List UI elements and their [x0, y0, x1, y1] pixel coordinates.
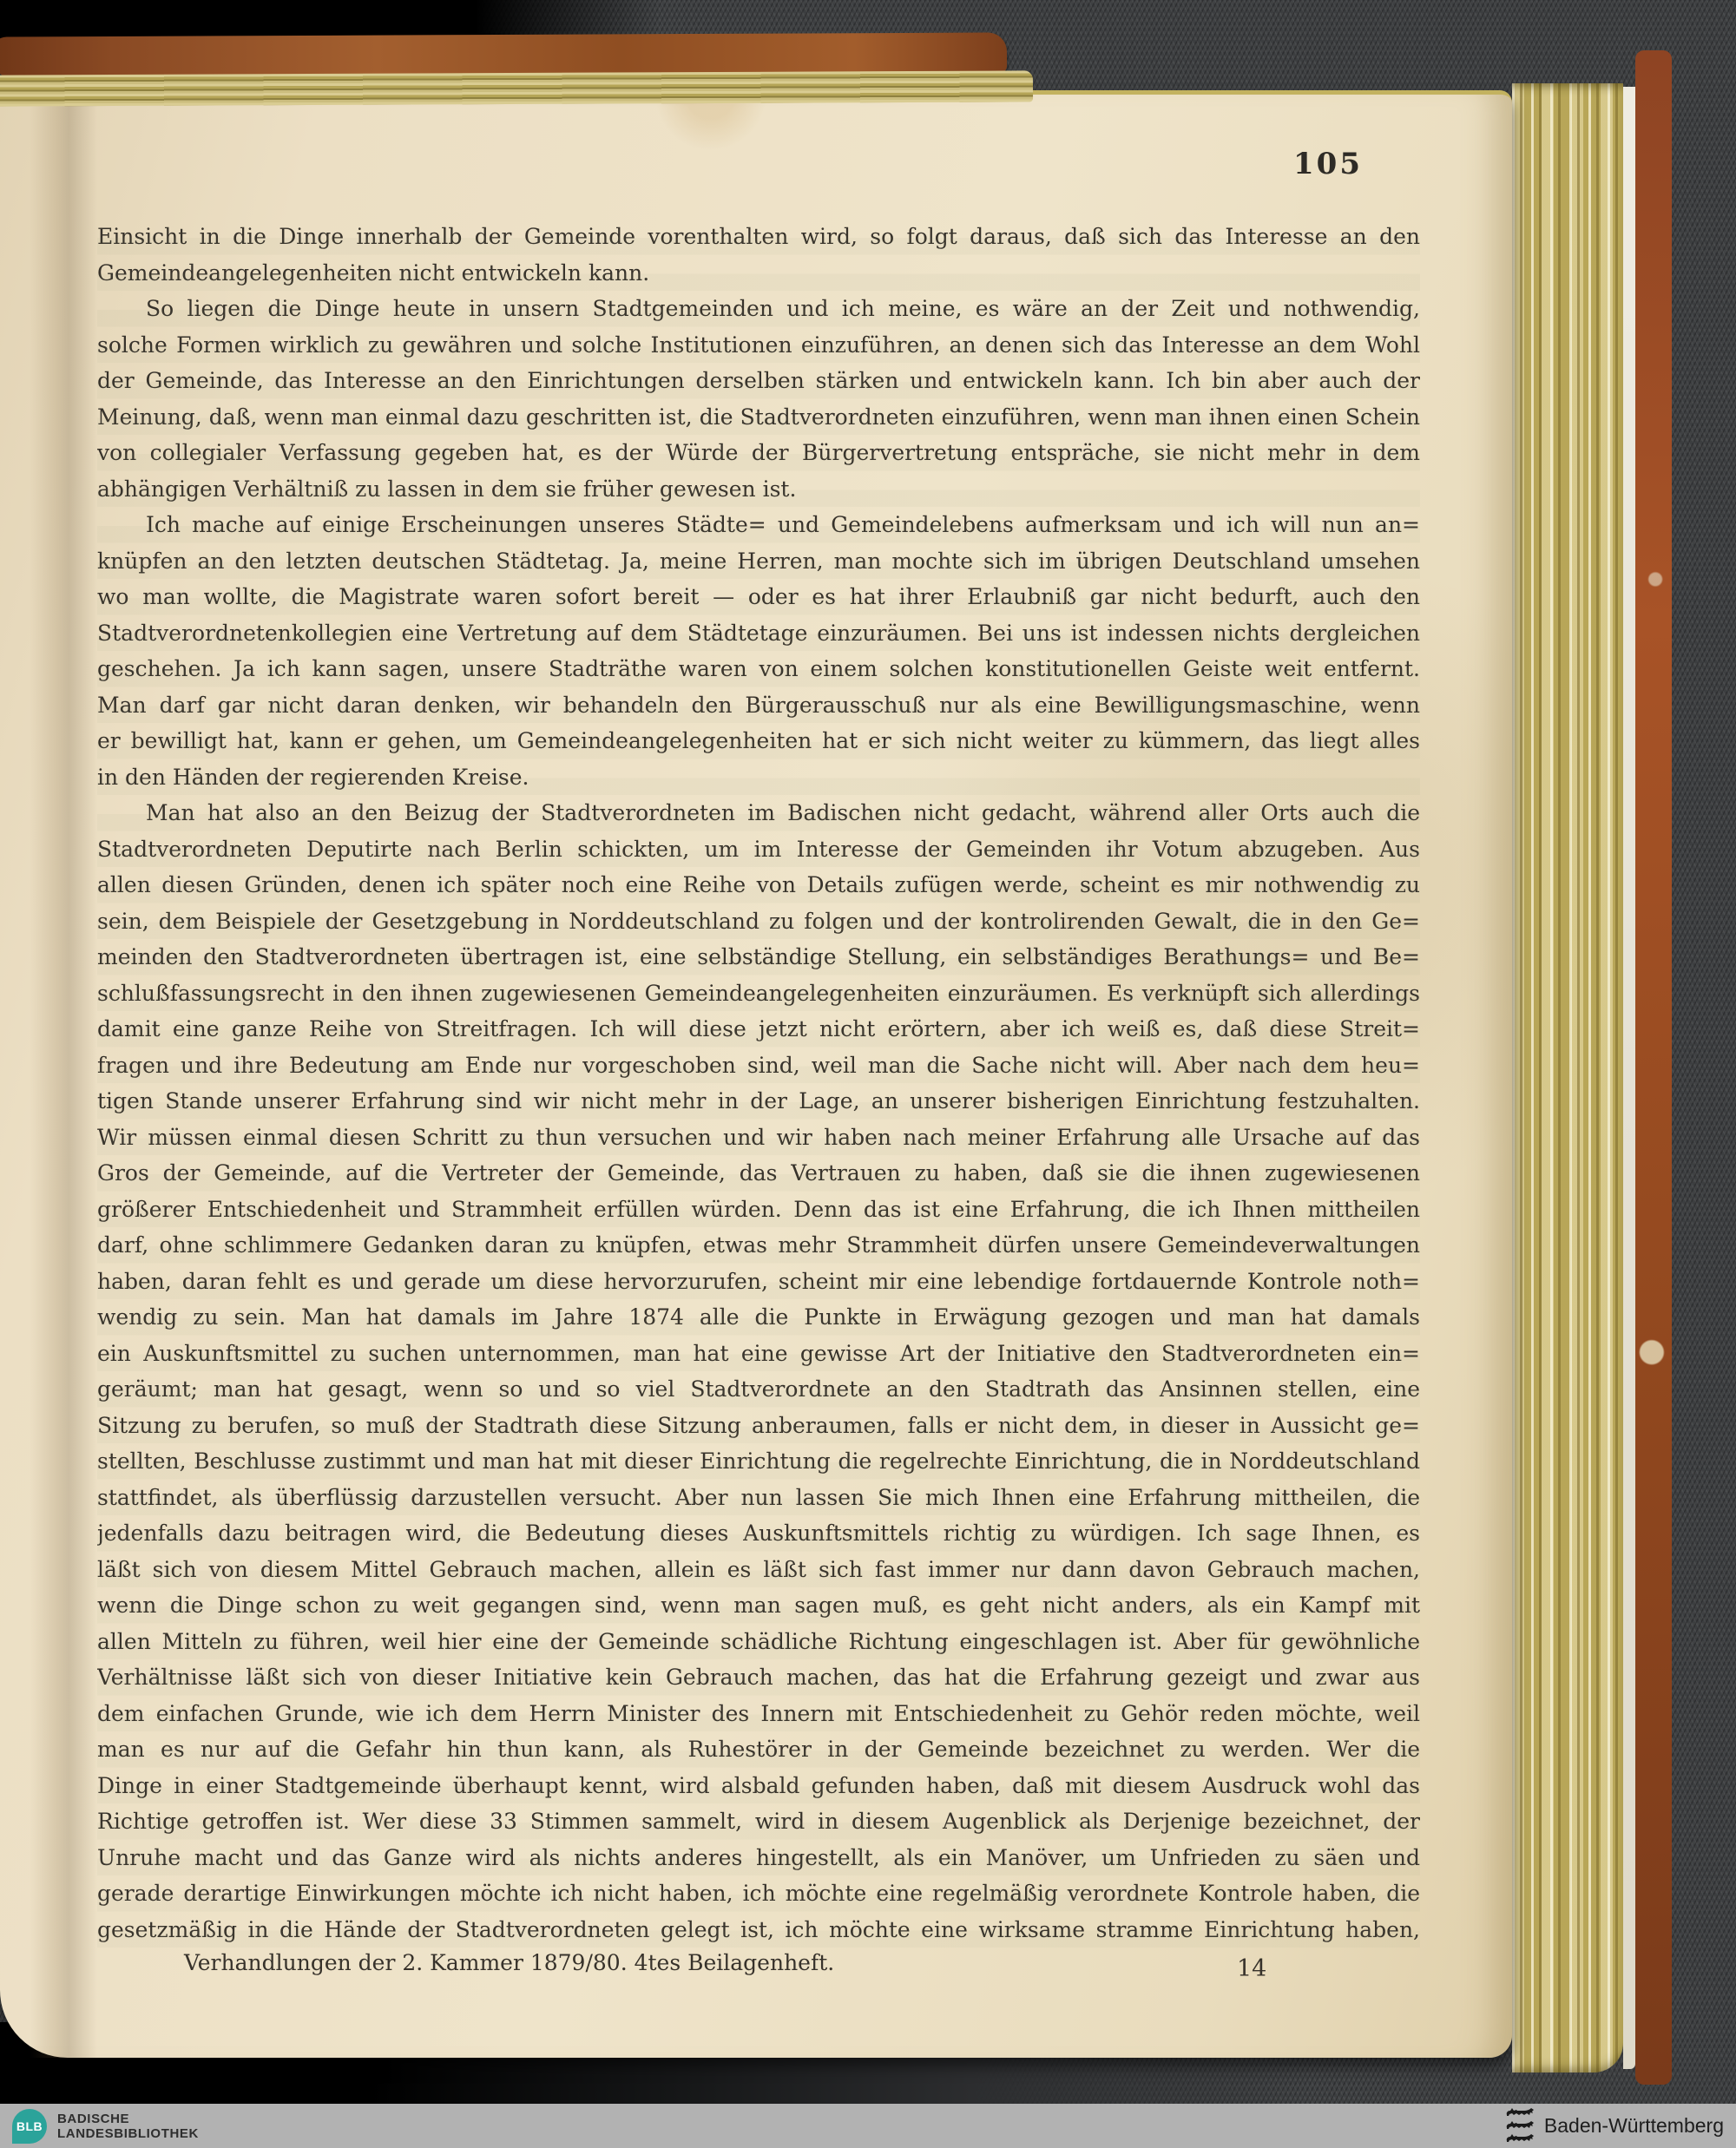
page-fore-edge-stack: [1512, 83, 1623, 2072]
text-line: tigen Stande unserer Erfahrung sind wir …: [97, 1083, 1420, 1120]
text-line: meinden den Stadtverordneten übertragen …: [97, 939, 1420, 975]
text-line: Stadtverordneten Deputirte nach Berlin s…: [97, 831, 1420, 868]
text-line: So liegen die Dinge heute in unsern Stad…: [97, 291, 1420, 327]
book-page: 105 Einsicht in die Dinge innerhalb der …: [0, 90, 1512, 2058]
endpaper-sliver: [1623, 87, 1635, 2069]
text-line: abhängigen Verhältniß zu lassen in dem s…: [97, 471, 1420, 508]
text-line: allen diesen Gründen, denen ich später n…: [97, 867, 1420, 903]
footer-caption: Verhandlungen der 2. Kammer 1879/80. 4te…: [184, 1950, 834, 1975]
text-line: darf, ohne schlimmere Gedanken daran zu …: [97, 1227, 1420, 1264]
text-line: Stadtverordnetenkollegien eine Vertretun…: [97, 615, 1420, 652]
text-line: er bewilligt hat, kann er gehen, um Geme…: [97, 723, 1420, 759]
text-line: solche Formen wirklich zu gewähren und s…: [97, 327, 1420, 364]
state-branding: Baden-Württemberg: [1504, 2107, 1724, 2145]
page-block-top-edge: [0, 70, 1033, 106]
library-name-line2: LANDESBIBLIOTHEK: [57, 2126, 199, 2141]
text-line: wendig zu sein. Man hat damals im Jahre …: [97, 1299, 1420, 1336]
text-line: Gemeindeangelegenheiten nicht entwickeln…: [97, 255, 1420, 292]
text-line: Unruhe macht und das Ganze wird als nich…: [97, 1840, 1420, 1876]
text-line: Ich mache auf einige Erscheinungen unser…: [97, 507, 1420, 543]
text-line: allen Mitteln zu führen, weil hier eine …: [97, 1624, 1420, 1660]
text-line: größerer Entschiedenheit und Strammheit …: [97, 1192, 1420, 1228]
library-branding: BLB BADISCHE LANDESBIBLIOTHEK: [12, 2109, 199, 2144]
text-line: gerade derartige Einwirkungen möchte ich…: [97, 1875, 1420, 1912]
text-line: Dinge in einer Stadtgemeinde überhaupt k…: [97, 1768, 1420, 1804]
blb-logo-text: BLB: [16, 2119, 43, 2133]
text-line: dem einfachen Grunde, wie ich dem Herrn …: [97, 1696, 1420, 1732]
text-line: Verhältnisse läßt sich von dieser Initia…: [97, 1659, 1420, 1696]
text-line: Gros der Gemeinde, auf die Vertreter der…: [97, 1155, 1420, 1192]
text-line: Meinung, daß, wenn man einmal dazu gesch…: [97, 399, 1420, 436]
text-line: der Gemeinde, das Interesse an den Einri…: [97, 363, 1420, 399]
text-line: Richtige getroffen ist. Wer diese 33 Sti…: [97, 1803, 1420, 1840]
text-line: jedenfalls dazu beitragen wird, die Bede…: [97, 1515, 1420, 1552]
text-line: läßt sich von diesem Mittel Gebrauch mac…: [97, 1552, 1420, 1588]
paragraph: Ich mache auf einige Erscheinungen unser…: [97, 507, 1420, 795]
text-line: geschehen. Ja ich kann sagen, unsere Sta…: [97, 651, 1420, 687]
text-line: haben, daran fehlt es und gerade um dies…: [97, 1264, 1420, 1300]
text-line: schlußfassungsrecht in den ihnen zugewie…: [97, 975, 1420, 1012]
text-line: Einsicht in die Dinge innerhalb der Geme…: [97, 219, 1420, 255]
text-line: Man darf gar nicht daran denken, wir beh…: [97, 687, 1420, 724]
library-name-line1: BADISCHE: [57, 2112, 199, 2126]
text-line: von collegialer Verfassung gegeben hat, …: [97, 435, 1420, 471]
page-footer: Verhandlungen der 2. Kammer 1879/80. 4te…: [97, 1950, 1420, 1981]
paragraph: So liegen die Dinge heute in unsern Stad…: [97, 291, 1420, 507]
bw-coat-of-arms-icon: [1504, 2107, 1535, 2145]
text-line: stattfindet, als überflüssig darzustelle…: [97, 1480, 1420, 1516]
text-line: Wir müssen einmal diesen Schritt zu thun…: [97, 1120, 1420, 1156]
blb-logo-icon: BLB: [12, 2109, 47, 2144]
library-name: BADISCHE LANDESBIBLIOTHEK: [57, 2112, 199, 2141]
text-line: sein, dem Beispiele der Gesetzgebung in …: [97, 903, 1420, 940]
text-line: stellten, Beschlusse zustimmt und man ha…: [97, 1443, 1420, 1480]
book-cover-right-edge: [1635, 50, 1672, 2085]
text-line: ein Auskunftsmittel zu suchen unternomme…: [97, 1336, 1420, 1372]
text-line: damit eine ganze Reihe von Streitfragen.…: [97, 1011, 1420, 1048]
text-line: Man hat also an den Beizug der Stadtvero…: [97, 795, 1420, 831]
text-line: geräumt; man hat gesagt, wenn so und so …: [97, 1371, 1420, 1408]
text-line: knüpfen an den letzten deutschen Städtet…: [97, 543, 1420, 580]
text-line: in den Händen der regierenden Kreise.: [97, 759, 1420, 796]
text-line: wo man wollte, die Magistrate waren sofo…: [97, 579, 1420, 615]
paragraph: Einsicht in die Dinge innerhalb der Geme…: [97, 219, 1420, 291]
paragraph: Man hat also an den Beizug der Stadtvero…: [97, 795, 1420, 1948]
text-block: Einsicht in die Dinge innerhalb der Geme…: [97, 219, 1420, 1948]
text-line: Sitzung zu berufen, so muß der Stadtrath…: [97, 1408, 1420, 1444]
text-line: gesetzmäßig in die Hände der Stadtverord…: [97, 1912, 1420, 1948]
text-line: fragen und ihre Bedeutung am Ende nur vo…: [97, 1048, 1420, 1084]
library-footer-bar: BLB BADISCHE LANDESBIBLIOTHEK Baden-Würt…: [0, 2104, 1736, 2148]
signature-mark: 14: [1237, 1955, 1266, 1982]
state-name: Baden-Württemberg: [1544, 2114, 1724, 2138]
gutter-shade: [30, 95, 97, 2058]
page-number: 105: [1215, 147, 1441, 181]
text-line: wenn die Dinge schon zu weit gegangen si…: [97, 1587, 1420, 1624]
text-line: man es nur auf die Gefahr hin thun kann,…: [97, 1731, 1420, 1768]
